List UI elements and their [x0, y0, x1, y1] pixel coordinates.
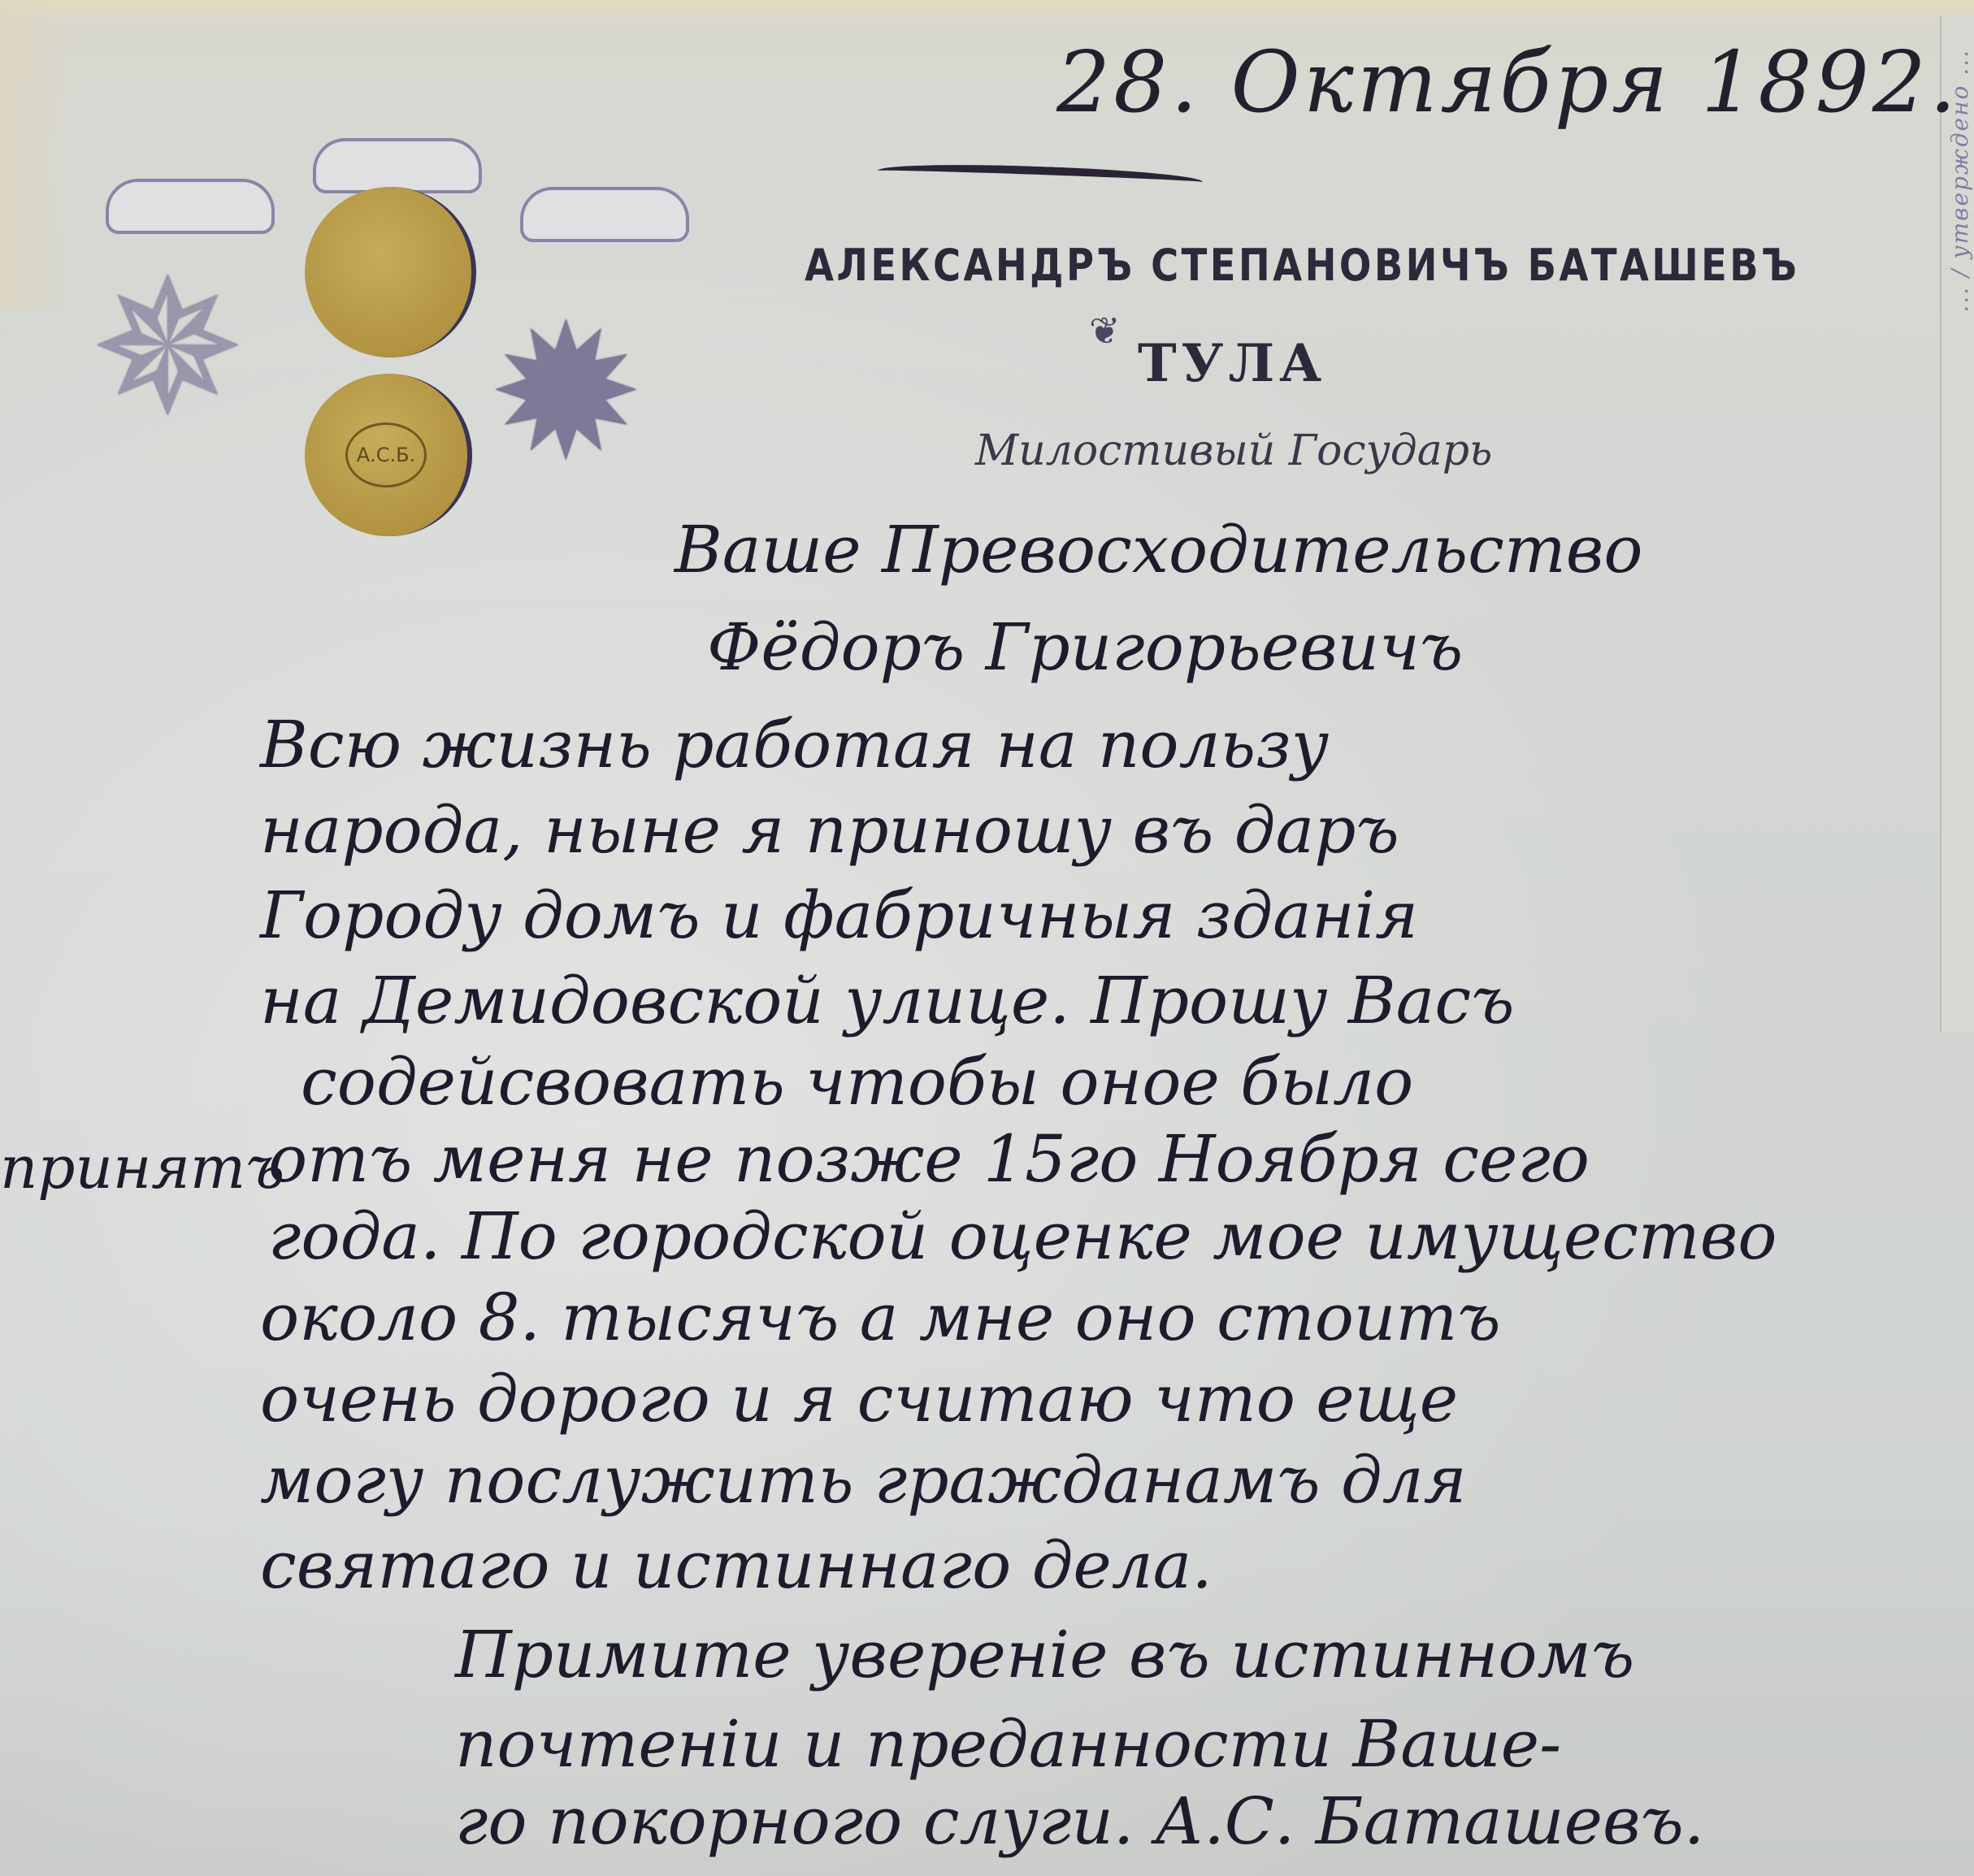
gold-medal-reverse-icon: А.С.Б.	[305, 374, 472, 536]
closing-line: Примите уверенiе въ истинномъ	[455, 1617, 1634, 1692]
body-line: около 8. тысячъ а мне оно стоитъ	[260, 1280, 1501, 1355]
address-line: Фёдоръ Григорьевичъ	[707, 609, 1463, 685]
date-underline	[878, 161, 1204, 192]
paper-top-edge	[0, 0, 1974, 23]
signature-line: го покорного слуги. А.С. Баташевъ.	[455, 1783, 1704, 1859]
award-medals: ✵ А.С.Б. ✹	[81, 106, 699, 561]
letter-sheet: ... / утверждено ... 28. Октября 1892. ✵…	[0, 0, 1974, 1876]
adjacent-page-edge: ... / утверждено ...	[1940, 16, 1974, 1032]
body-line: народа, ныне я приношу въ даръ	[260, 792, 1399, 868]
letter-date: 28. Октября 1892.	[1056, 32, 1959, 132]
body-line: святаго и истиннаго дела.	[260, 1527, 1213, 1603]
body-line: очень дорого и я считаю что еще	[260, 1361, 1458, 1436]
paper-fold-shadow	[0, 0, 73, 309]
flourish-ornament-icon: ❦	[1089, 309, 1126, 353]
gold-medal-obverse-icon	[305, 187, 476, 357]
body-line: Городу домъ и фабричныя зданiя	[260, 877, 1418, 953]
order-star-crescent-icon: ✹	[488, 301, 644, 487]
order-star-icon: ✵	[89, 256, 246, 443]
closing-line: почтенiи и преданности Ваше-	[455, 1706, 1561, 1782]
ribbon-bow-icon	[313, 138, 482, 193]
margin-note: принятъ	[0, 1133, 284, 1202]
body-line: отъ меня не позже 15го Ноября сего	[268, 1121, 1590, 1197]
body-line: Всю жизнь работая на пользу	[260, 707, 1329, 782]
body-line: года. По городской оценке мое имущество	[268, 1198, 1777, 1274]
body-line: на Демидовской улице. Прошу Васъ	[260, 963, 1514, 1038]
letterhead-city: ❦ ТУЛА	[1138, 333, 1326, 394]
ribbon-bow-icon	[106, 179, 275, 234]
ribbon-bow-icon	[520, 187, 689, 242]
city-name: ТУЛА	[1138, 333, 1326, 394]
medal-monogram: А.С.Б.	[345, 422, 427, 487]
printed-salutation: Милостивый Государь	[975, 427, 1492, 475]
body-line: могу послужить гражданамъ для	[260, 1442, 1467, 1518]
letterhead-name: АЛЕКСАНДРЪ СТЕПАНОВИЧЪ БАТАШЕВЪ	[805, 240, 1799, 291]
body-line: содейсвовать чтобы оное было	[301, 1044, 1413, 1120]
address-line: Ваше Превосходительство	[675, 512, 1642, 587]
